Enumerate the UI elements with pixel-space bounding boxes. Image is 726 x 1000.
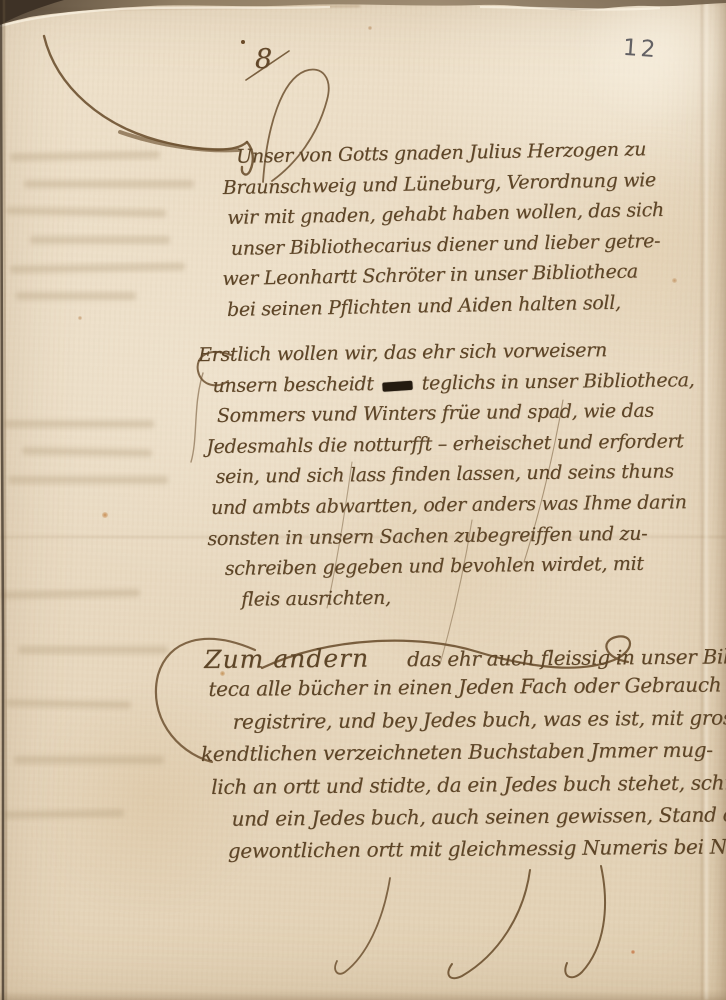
manuscript-page: 8 12 Unser von Gotts gnaden Julius Herzo… — [0, 0, 726, 1000]
foxing-spot — [102, 512, 108, 518]
manuscript-line: kendtlichen verzeichneten Buchstaben Jmm… — [201, 737, 726, 775]
manuscript-paragraph-2: Erstlich wollen wir, das ehr sich vorwei… — [212, 338, 697, 619]
show-through-line — [6, 699, 131, 709]
show-through-line — [30, 236, 170, 244]
foxing-spot — [631, 950, 635, 954]
line-text: teglichs in unser Bibliotheca, — [422, 369, 695, 394]
show-through-line — [16, 292, 136, 300]
paragraph-opening-word: Zum andern — [204, 644, 369, 674]
folio-number-ink: 8 — [255, 44, 272, 75]
foxing-spot — [368, 26, 372, 30]
show-through-line — [22, 447, 152, 457]
foxing-spot — [672, 278, 677, 283]
manuscript-line: teca alle bücher in einen Jeden Fach ode… — [208, 672, 726, 709]
manuscript-line: gewontlichen ortt mit gleichmessig Numer… — [228, 834, 726, 871]
left-page-edge — [0, 0, 10, 1000]
manuscript-line: lich an ortt und stidte, da ein Jedes bu… — [211, 769, 726, 806]
show-through-line — [6, 207, 166, 218]
line-text: unsern bescheidt — [212, 373, 373, 397]
manuscript-line-opening: Zum anderndas ehr auch fleissig in unser… — [204, 640, 726, 678]
show-through-line — [18, 646, 168, 654]
manuscript-paragraph-3: Zum anderndas ehr auch fleissig in unser… — [204, 640, 726, 872]
manuscript-line: und ein Jedes buch, auch seinen gewissen… — [231, 802, 726, 839]
show-through-line — [24, 180, 194, 188]
redaction-mark — [382, 380, 413, 391]
bottom-edge-shade — [0, 990, 726, 1000]
fold-crease — [0, 5, 360, 11]
torn-top-edge — [0, 0, 726, 40]
foxing-spot — [78, 316, 82, 320]
show-through-line — [8, 476, 168, 484]
show-through-line — [10, 151, 160, 162]
manuscript-paragraph-1: Unser von Gotts gnaden Julius Herzogen z… — [224, 138, 666, 329]
manuscript-line: registrire, und bey Jedes buch, was es i… — [233, 705, 726, 742]
show-through-line — [4, 809, 124, 819]
manuscript-line: fleis ausrichten, — [241, 583, 697, 619]
foxing-spot — [241, 40, 245, 44]
line-text: das ehr auch fleissig in unser Biblio- — [407, 644, 726, 671]
show-through-line — [14, 756, 164, 764]
folio-number-pencil: 12 — [622, 35, 659, 63]
show-through-line — [10, 262, 185, 273]
show-through-line — [0, 589, 140, 599]
show-through-line — [4, 420, 154, 428]
